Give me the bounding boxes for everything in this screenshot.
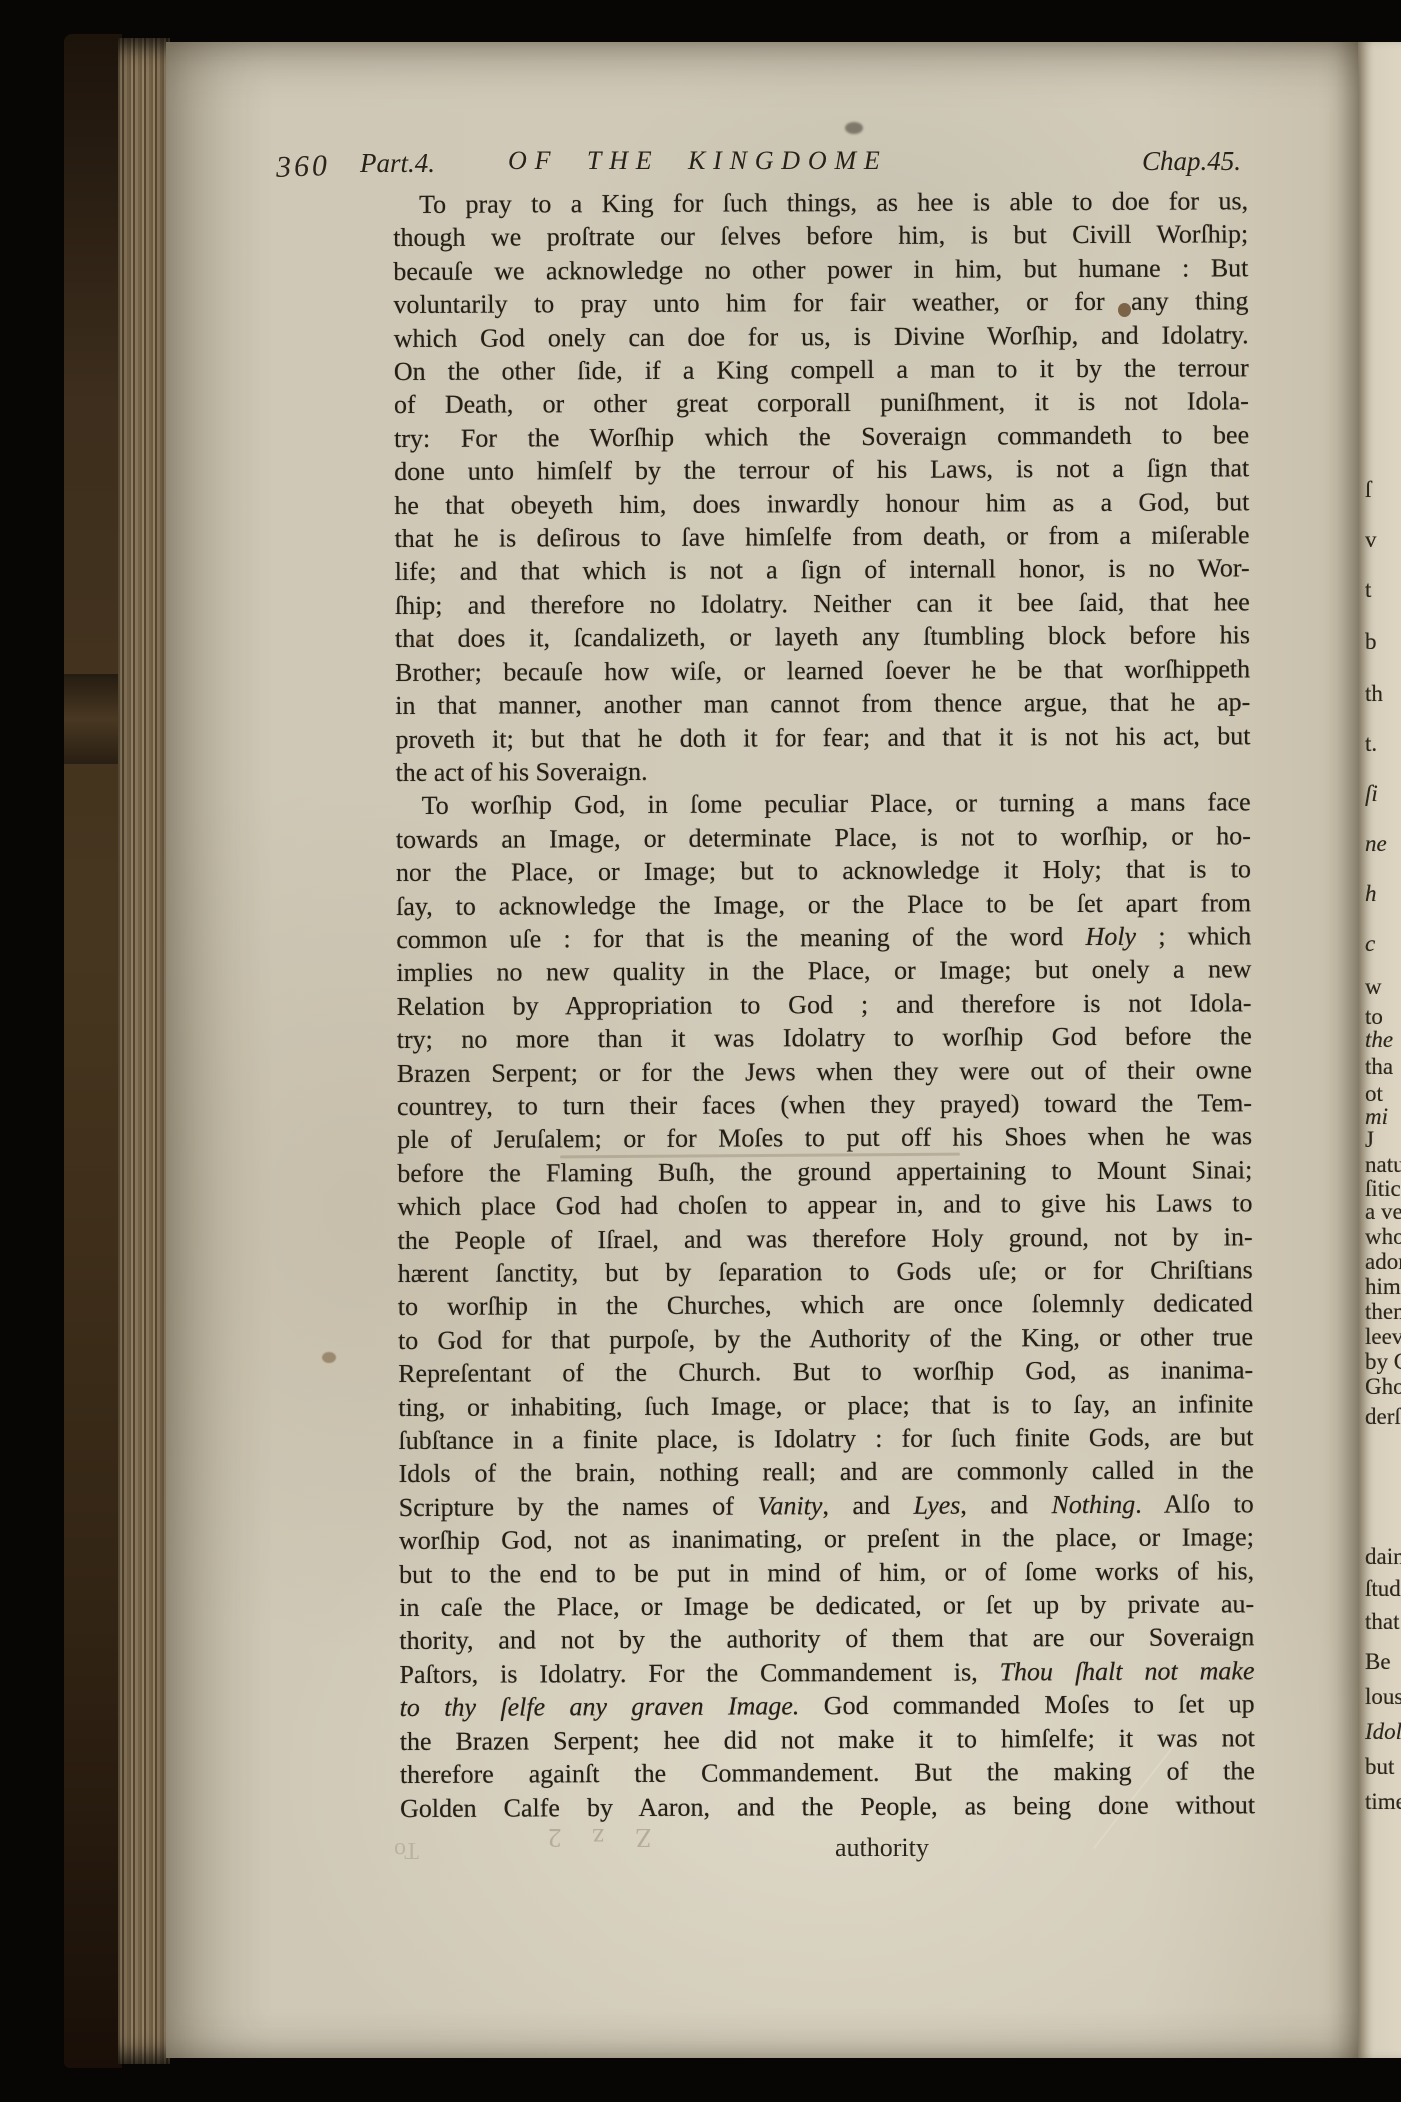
- text-line: To pray to a King for ſuch things, as he…: [393, 184, 1248, 221]
- show-through-signature: Z z 2: [536, 1822, 651, 1853]
- text-line: that he is deſirous to ſave himſelfe fro…: [394, 518, 1249, 555]
- text-segment: try: For the Worſhip which the Soveraign…: [394, 420, 1249, 453]
- next-page-text-fragment: who: [1365, 1225, 1401, 1248]
- text-segment: God commanded Moſes to ſet up: [799, 1690, 1254, 1721]
- text-segment: but to the end to be put in mind of him,…: [399, 1556, 1254, 1589]
- text-segment: Scripture by the names of: [399, 1491, 758, 1522]
- text-line: ſay, to acknowledge the Image, or the Pl…: [396, 886, 1251, 923]
- next-page-text-fragment: c: [1365, 932, 1375, 955]
- next-page-text-fragment: t.: [1365, 732, 1377, 755]
- text-line: Scripture by the names of Vanity, and Ly…: [399, 1487, 1254, 1524]
- text-segment: done unto himſelf by the terrour of his …: [394, 454, 1249, 487]
- text-segment: proveth it; but that he doth it for fear…: [395, 721, 1250, 754]
- text-segment: which place God had choſen to appear in,…: [397, 1188, 1252, 1221]
- next-page-text-fragment: that i: [1365, 1610, 1401, 1633]
- text-segment: of Death, or other great corporall puniſ…: [394, 387, 1249, 420]
- text-line: done unto himſelf by the terrour of his …: [394, 452, 1249, 489]
- text-line: though we proſtrate our ſelves before hi…: [393, 218, 1248, 255]
- next-page-text-fragment: ſitic: [1365, 1177, 1401, 1200]
- next-page-text-fragment: tha: [1365, 1055, 1393, 1078]
- text-line: Relation by Appropriation to God ; and t…: [396, 986, 1251, 1023]
- text-segment: which God onely can doe for us, is Divin…: [394, 320, 1249, 353]
- text-line: ſhip; and therefore no Idolatry. Neither…: [395, 585, 1250, 622]
- text-segment: ſhip; and therefore no Idolatry. Neither…: [395, 587, 1250, 620]
- text-segment: therefore againſt the Commandement. But …: [400, 1756, 1255, 1789]
- text-line: life; and that which is not a ſign of in…: [395, 552, 1250, 589]
- text-line: to worſhip in the Churches, which are on…: [398, 1287, 1253, 1324]
- next-page-text-fragment: derſt: [1365, 1405, 1401, 1428]
- next-page-text-fragment: natu: [1365, 1153, 1401, 1176]
- ink-spot: [322, 1352, 336, 1363]
- text-line: Brazen Serpent; or for the Jews when the…: [397, 1053, 1252, 1090]
- ink-spot: [1118, 303, 1131, 317]
- text-segment: On the other ſide, if a King compell a m…: [394, 353, 1249, 386]
- text-line: thority, and not by the authority of the…: [399, 1621, 1254, 1658]
- next-page-text-fragment: then: [1365, 1300, 1401, 1323]
- next-page-text-fragment: ſ: [1365, 478, 1371, 501]
- italic-text-segment: Holy: [1085, 922, 1136, 951]
- text-line: he that obeyeth him, does inwardly honou…: [394, 485, 1249, 522]
- text-segment: Brazen Serpent; or for the Jews when the…: [397, 1055, 1252, 1088]
- text-segment: though we proſtrate our ſelves before hi…: [393, 220, 1248, 253]
- text-line: On the other ſide, if a King compell a m…: [394, 351, 1249, 388]
- next-page-text-fragment: dain: [1365, 1545, 1401, 1568]
- text-line: before the Flaming Buſh, the ground appe…: [397, 1153, 1252, 1190]
- text-line: to thy ſelfe any graven Image. God comma…: [400, 1688, 1255, 1725]
- text-segment: ple of Jeruſalem; or for Moſes to put of…: [397, 1122, 1252, 1155]
- text-segment: to God for that purpoſe, by the Authorit…: [398, 1322, 1253, 1355]
- text-segment: implies no new quality in the Place, or …: [396, 955, 1251, 988]
- running-header-title: OF THE KINGDOME: [508, 146, 888, 176]
- next-page-text-fragment: t: [1365, 578, 1371, 601]
- next-page-text-fragment: ſi: [1365, 782, 1378, 805]
- text-segment: becauſe we acknowledge no other power in…: [393, 253, 1248, 286]
- text-segment: the act of his Soveraign.: [395, 757, 647, 787]
- next-page-text-fragment: b: [1365, 630, 1377, 653]
- text-line: proveth it; but that he doth it for fear…: [395, 719, 1250, 756]
- text-line: countrey, to turn their faces (when they…: [397, 1086, 1252, 1123]
- text-segment: in caſe the Place, or Image be dedicated…: [399, 1589, 1254, 1622]
- italic-text-segment: Lyes: [913, 1490, 960, 1519]
- text-line: try: For the Worſhip which the Soveraign…: [394, 418, 1249, 455]
- next-page-edge: ſvtbtht.ſinehcwtothethaotmiJnatuſitica v…: [1358, 42, 1401, 2058]
- text-segment: . Alſo to: [1135, 1489, 1254, 1519]
- text-segment: Repreſentant of the Church. But to worſh…: [398, 1355, 1253, 1388]
- text-segment: Relation by Appropriation to God ; and t…: [397, 988, 1252, 1021]
- text-segment: Idols of the brain, nothing reall; and a…: [399, 1456, 1254, 1489]
- text-line: the People of Iſrael, and was therefore …: [398, 1220, 1253, 1257]
- book-spine-leather: [64, 34, 122, 2068]
- text-line: the Brazen Serpent; hee did not make it …: [400, 1721, 1255, 1758]
- text-segment: the Brazen Serpent; hee did not make it …: [400, 1723, 1255, 1756]
- text-line: but to the end to be put in mind of him,…: [399, 1554, 1254, 1591]
- next-page-text-fragment: Be: [1365, 1650, 1391, 1673]
- text-segment: towards an Image, or determinate Place, …: [396, 821, 1251, 854]
- show-through-catchword: To: [394, 1836, 419, 1863]
- catchword: authority: [835, 1833, 929, 1863]
- next-page-text-fragment: a ve: [1365, 1200, 1401, 1223]
- text-line: of Death, or other great corporall puniſ…: [394, 385, 1249, 422]
- text-segment: ; which: [1136, 921, 1251, 951]
- italic-text-segment: Thou ſhalt not make: [999, 1656, 1254, 1686]
- ink-smudge: [845, 122, 863, 134]
- text-line: in that manner, another man cannot from …: [395, 685, 1250, 722]
- text-line: becauſe we acknowledge no other power in…: [393, 251, 1248, 288]
- text-line: hærent ſanctity, but by ſeparation to Go…: [398, 1253, 1253, 1290]
- text-line: therefore againſt the Commandement. But …: [400, 1754, 1255, 1791]
- text-line: worſhip God, not as inanimating, or preſ…: [399, 1521, 1254, 1558]
- ink-spot: [416, 637, 424, 645]
- text-line: ting, or inhabiting, ſuch Image, or plac…: [398, 1387, 1253, 1424]
- text-line: ple of Jeruſalem; or for Moſes to put of…: [397, 1120, 1252, 1157]
- next-page-text-fragment: mi: [1365, 1105, 1388, 1128]
- text-segment: before the Flaming Buſh, the ground appe…: [397, 1155, 1252, 1188]
- next-page-text-fragment: ne: [1365, 832, 1387, 855]
- text-line: try; no more than it was Idolatry to wor…: [397, 1019, 1252, 1056]
- text-block: To pray to a King for ſuch things, as he…: [393, 184, 1255, 1825]
- text-line: Brother; becauſe how wiſe, or learned ſo…: [395, 652, 1250, 689]
- text-line: Idols of the brain, nothing reall; and a…: [399, 1454, 1254, 1491]
- text-segment: that does it, ſcandalizeth, or layeth an…: [395, 621, 1250, 654]
- next-page-text-fragment: times: [1365, 1790, 1401, 1813]
- text-segment: he that obeyeth him, does inwardly honou…: [394, 487, 1249, 520]
- running-header-chapter: Chap.45.: [1142, 146, 1241, 177]
- next-page-text-fragment: Idolat: [1365, 1720, 1401, 1743]
- page-stack-edges: [118, 38, 170, 2064]
- text-line: Repreſentant of the Church. But to worſh…: [398, 1353, 1253, 1390]
- italic-text-segment: Nothing: [1051, 1490, 1135, 1519]
- scanned-book-page: 360 Part.4. OF THE KINGDOME Chap.45. To …: [0, 0, 1401, 2102]
- text-line: nor the Place, or Image; but to acknowle…: [396, 852, 1251, 889]
- folio-page-number: 360: [275, 149, 330, 185]
- text-segment: Brother; becauſe how wiſe, or learned ſo…: [395, 654, 1250, 687]
- text-segment: ting, or inhabiting, ſuch Image, or plac…: [398, 1389, 1253, 1422]
- text-line: in caſe the Place, or Image be dedicated…: [399, 1587, 1254, 1624]
- text-segment: worſhip God, not as inanimating, or preſ…: [399, 1523, 1254, 1556]
- text-segment: nor the Place, or Image; but to acknowle…: [396, 854, 1251, 887]
- text-line: Paſtors, is Idolatry. For the Commandeme…: [399, 1654, 1254, 1691]
- next-page-text-fragment: by C: [1365, 1350, 1401, 1373]
- text-line: which place God had choſen to appear in,…: [397, 1186, 1252, 1223]
- italic-text-segment: to thy ſelfe any graven Image.: [400, 1692, 800, 1723]
- next-page-text-fragment: Ghoſ: [1365, 1375, 1401, 1398]
- text-segment: Paſtors, is Idolatry. For the Commandeme…: [399, 1657, 999, 1689]
- next-page-text-fragment: ſtudy: [1365, 1577, 1401, 1600]
- text-segment: , and: [960, 1490, 1051, 1519]
- next-page-text-fragment: h: [1365, 882, 1377, 905]
- next-page-text-fragment: the: [1365, 1028, 1393, 1051]
- text-line: common uſe : for that is the meaning of …: [396, 919, 1251, 956]
- text-segment: To worſhip God, in ſome peculiar Place, …: [422, 788, 1251, 821]
- text-line: ſubſtance in a finite place, is Idolatry…: [398, 1420, 1253, 1457]
- next-page-text-fragment: J: [1365, 1128, 1374, 1151]
- text-segment: try; no more than it was Idolatry to wor…: [397, 1021, 1252, 1054]
- text-segment: To pray to a King for ſuch things, as he…: [419, 186, 1248, 219]
- book-page: 360 Part.4. OF THE KINGDOME Chap.45. To …: [166, 42, 1358, 2058]
- text-segment: ſubſtance in a finite place, is Idolatry…: [398, 1422, 1253, 1455]
- text-segment: , and: [822, 1491, 913, 1520]
- text-segment: the People of Iſrael, and was therefore …: [398, 1222, 1253, 1255]
- text-segment: to worſhip in the Churches, which are on…: [398, 1289, 1253, 1322]
- italic-text-segment: Vanity: [757, 1491, 822, 1520]
- next-page-text-fragment: v: [1365, 528, 1377, 551]
- next-page-text-fragment: ador: [1365, 1250, 1401, 1273]
- next-page-text-fragment: to: [1365, 1005, 1383, 1028]
- next-page-text-fragment: w: [1365, 975, 1382, 998]
- text-line: to God for that purpoſe, by the Authorit…: [398, 1320, 1253, 1357]
- next-page-text-fragment: th: [1365, 682, 1383, 705]
- text-segment: hærent ſanctity, but by ſeparation to Go…: [398, 1255, 1253, 1288]
- text-segment: that he is deſirous to ſave himſelfe fro…: [394, 520, 1249, 553]
- text-segment: countrey, to turn their faces (when they…: [397, 1088, 1252, 1121]
- next-page-text-fragment: ot: [1365, 1082, 1383, 1105]
- next-page-text-fragment: lous: [1365, 1685, 1401, 1708]
- text-line: implies no new quality in the Place, or …: [396, 953, 1251, 990]
- text-line: which God onely can doe for us, is Divin…: [394, 318, 1249, 355]
- text-line: towards an Image, or determinate Place, …: [396, 819, 1251, 856]
- text-line: the act of his Soveraign.: [395, 752, 1250, 789]
- text-segment: common uſe : for that is the meaning of …: [396, 922, 1085, 954]
- text-segment: thority, and not by the authority of the…: [399, 1623, 1254, 1656]
- text-line: that does it, ſcandalizeth, or layeth an…: [395, 619, 1250, 656]
- next-page-text-fragment: but Sca: [1365, 1755, 1401, 1778]
- text-segment: ſay, to acknowledge the Image, or the Pl…: [396, 888, 1251, 921]
- text-segment: in that manner, another man cannot from …: [395, 687, 1250, 720]
- text-segment: life; and that which is not a ſign of in…: [395, 554, 1250, 587]
- text-line: To worſhip God, in ſome peculiar Place, …: [396, 786, 1251, 823]
- next-page-text-fragment: leeve: [1365, 1325, 1401, 1348]
- next-page-text-fragment: him: [1365, 1275, 1401, 1298]
- running-header-part: Part.4.: [360, 148, 435, 179]
